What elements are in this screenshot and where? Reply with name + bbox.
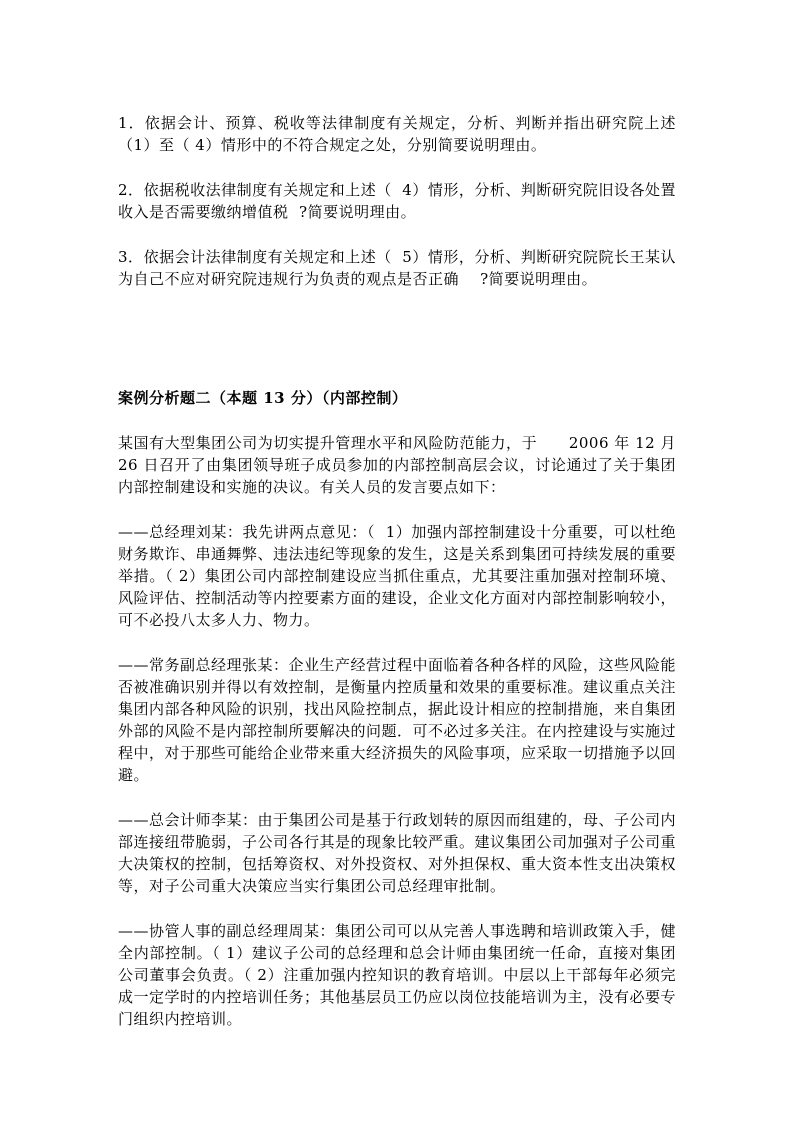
question-item-2: 2．依据税收法律制度有关规定和上述（ 4）情形，分析、判断研究院旧设各处置收入是… [118, 179, 676, 223]
question-item-3: 3．依据会计法律制度有关规定和上述（ 5）情形，分析、判断研究院院长王某认为自己… [118, 246, 676, 290]
section-heading: 案例分析题二（本题 13 分）（内部控制） [118, 387, 676, 409]
speech-paragraph-deputy-gm-zhou: ——协管人事的副总经理周某：集团公司可以从完善人事选聘和培训政策入手，健全内部控… [118, 920, 676, 1030]
speech-paragraph-chief-accountant-li: ——总会计师李某：由于集团公司是基于行政划转的原因而组建的，母、子公司内部连接纽… [118, 809, 676, 897]
speech-paragraph-deputy-gm-zhang: ——常务副总经理张某：企业生产经营过程中面临着各种各样的风险，这些风险能否被准确… [118, 654, 676, 786]
question-item-1: 1．依据会计、预算、税收等法律制度有关规定，分析、判断并指出研究院上述（1）至（… [118, 112, 676, 156]
intro-paragraph: 某国有大型集团公司为切实提升管理水平和风险防范能力，于 2006 年 12 月 … [118, 432, 676, 498]
document-page: 1．依据会计、预算、税收等法律制度有关规定，分析、判断并指出研究院上述（1）至（… [0, 0, 794, 1123]
speech-paragraph-general-manager-liu: ——总经理刘某：我先讲两点意见：（ 1）加强内部控制建设十分重要，可以杜绝财务欺… [118, 521, 676, 631]
